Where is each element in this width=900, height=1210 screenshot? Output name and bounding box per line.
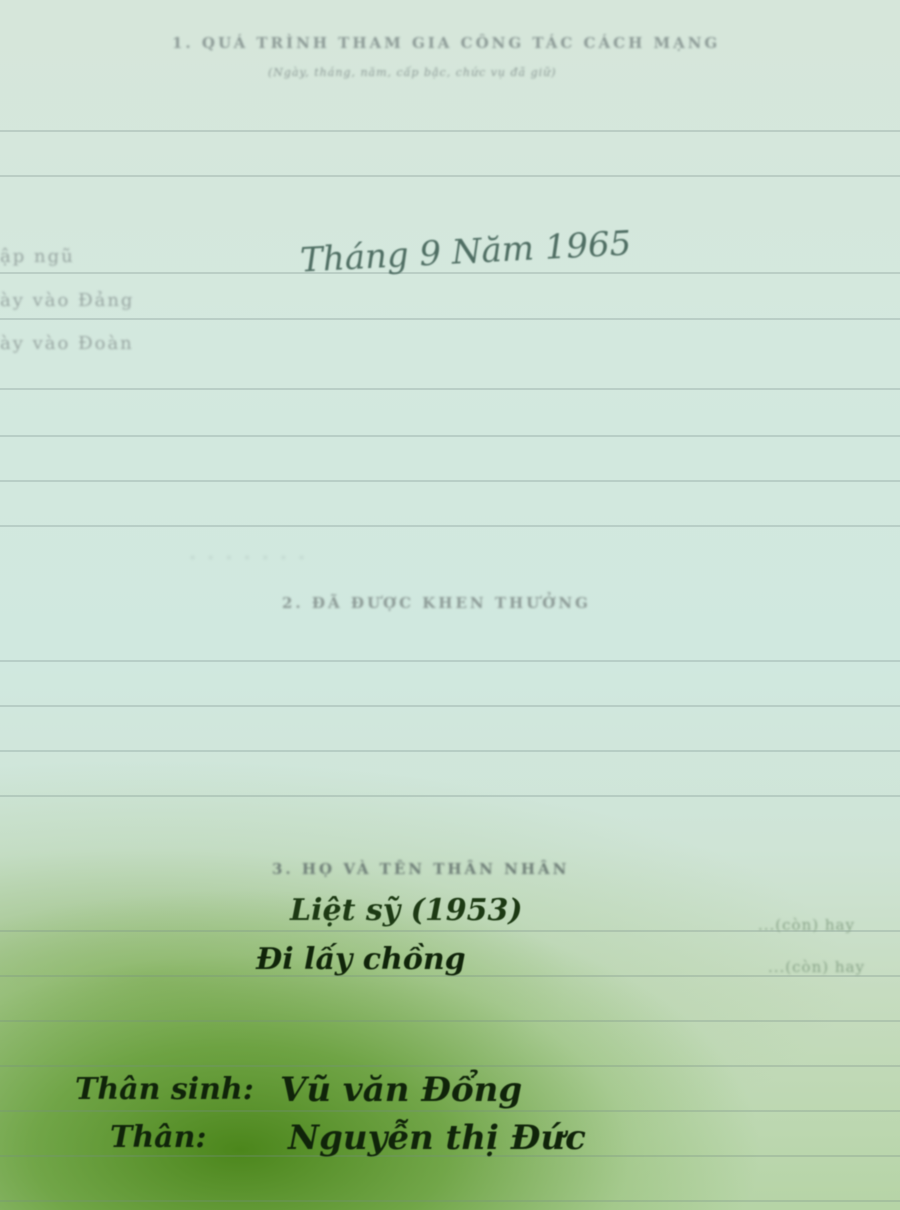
form-rule [0,175,900,177]
label-union-join: ày vào Đoàn [0,333,134,354]
form-rule [0,795,900,797]
form-rule [0,705,900,707]
form-rule [0,480,900,482]
mother-name: Nguyễn thị Đức [288,1118,586,1158]
handwritten-note-martyr: Liệt sỹ (1953) [290,893,523,928]
form-rule [0,525,900,527]
right-label-alive: ...(còn) hay [768,958,865,976]
form-rule [0,660,900,662]
form-rule [0,435,900,437]
label-enlistment: ập ngũ [0,246,75,267]
right-label-alive: ...(còn) hay [758,916,855,934]
faint-marks: · · · · · · · [190,548,308,567]
section2-title: 2. ĐÃ ĐƯỢC KHEN THƯỞNG [282,594,591,612]
form-rule [0,388,900,390]
form-rule [0,1200,900,1202]
section3-title: 3. HỌ VÀ TÊN THÂN NHÂN [272,860,569,878]
form-rule [0,1110,900,1112]
form-rule [0,1020,900,1022]
handwritten-note-married: Đi lấy chồng [256,942,466,977]
mother-label: Thân: [110,1120,206,1155]
father-label: Thân sinh: [75,1072,254,1107]
form-rule [0,750,900,752]
section1-title: 1. QUÁ TRÌNH THAM GIA CÔNG TÁC CÁCH MẠNG [172,34,720,52]
father-name: Vũ văn Đổng [280,1070,522,1110]
form-rule [0,1065,900,1067]
label-party-join: ày vào Đảng [0,290,134,311]
form-rule [0,318,900,320]
form-rule [0,130,900,132]
section1-subtitle: (Ngày, tháng, năm, cấp bậc, chức vụ đã g… [268,66,557,79]
